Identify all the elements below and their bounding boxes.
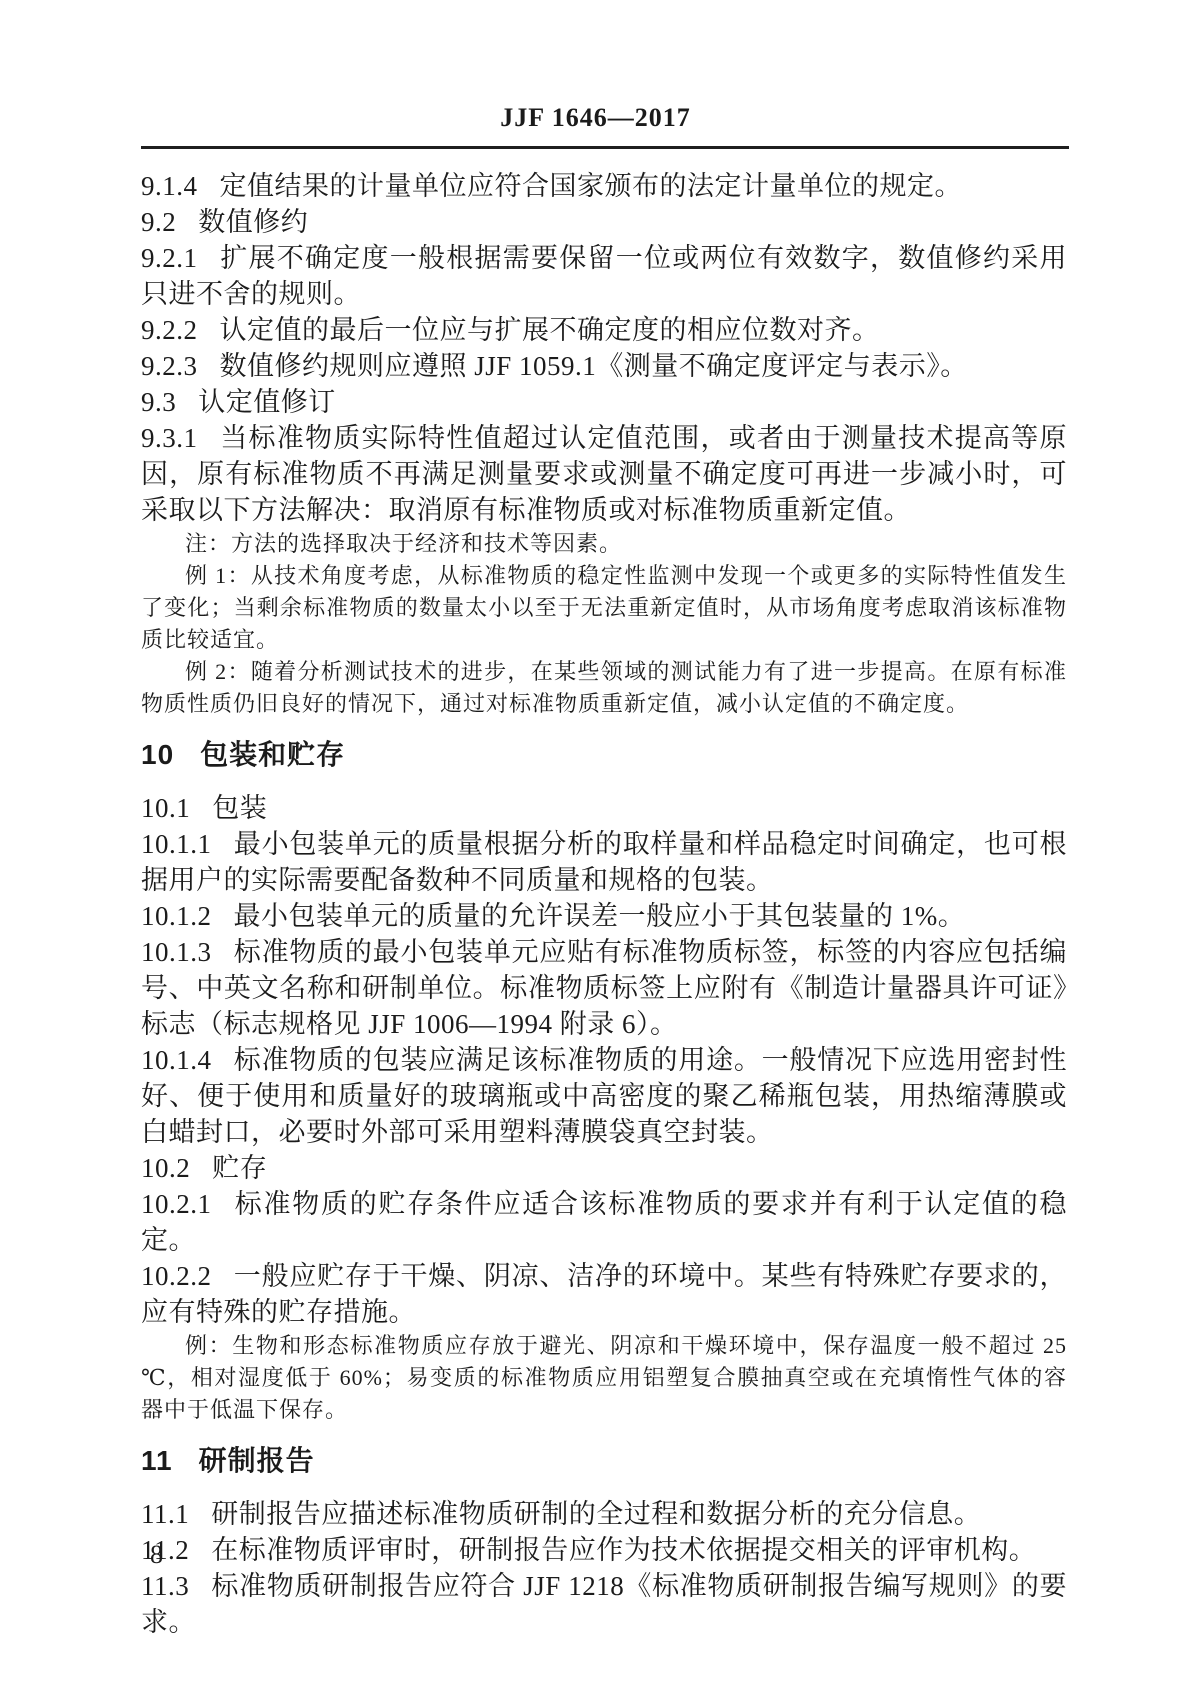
clause-text: 最小包装单元的质量的允许误差一般应小于其包装量的 1%。: [234, 901, 966, 931]
clause-paragraph: 10.1.3标准物质的最小包装单元应贴有标准物质标签，标签的内容应包括编号、中英…: [141, 934, 1067, 1042]
subsection-heading: 9.3认定值修订: [141, 384, 1067, 420]
header-doc-number: JJF 1646—2017: [500, 103, 690, 132]
note-paragraph: 例：生物和形态标准物质应存放于避光、阴凉和干燥环境中，保存温度一般不超过 25 …: [141, 1330, 1067, 1426]
clause-number: 10.2.2: [141, 1261, 212, 1291]
clause-number: 11.1: [141, 1499, 189, 1529]
clause-text: 定值结果的计量单位应符合国家颁布的法定计量单位的规定。: [220, 171, 963, 201]
clause-text: 扩展不确定度一般根据需要保留一位或两位有效数字，数值修约采用只进不舍的规则。: [141, 243, 1067, 309]
clause-number: 10.1.4: [141, 1045, 212, 1075]
clause-text: 贮存: [212, 1153, 267, 1183]
clause-text: 认定值修订: [198, 387, 336, 417]
document-page: JJF 1646—2017 9.1.4定值结果的计量单位应符合国家颁布的法定计量…: [0, 0, 1191, 1684]
clause-number: 9.2.1: [141, 243, 198, 273]
clause-number: 10.1.3: [141, 937, 212, 967]
clause-paragraph: 10.2.2一般应贮存于干燥、阴凉、洁净的环境中。某些有特殊贮存要求的，应有特殊…: [141, 1258, 1067, 1330]
clause-paragraph: 9.2.2认定值的最后一位应与扩展不确定度的相应位数对齐。: [141, 312, 1067, 348]
clause-number: 10.1: [141, 793, 190, 823]
note-paragraph: 例 2：随着分析测试技术的进步，在某些领域的测试能力有了进一步提高。在原有标准物…: [141, 656, 1067, 720]
clause-text: 研制报告应描述标准物质研制的全过程和数据分析的充分信息。: [211, 1499, 981, 1529]
subsection-heading: 10.2贮存: [141, 1150, 1067, 1186]
clause-text: 一般应贮存于干燥、阴凉、洁净的环境中。某些有特殊贮存要求的，应有特殊的贮存措施。: [141, 1261, 1067, 1327]
page-number: 8: [150, 1540, 163, 1570]
clause-number: 9.3: [141, 387, 176, 417]
clause-paragraph: 11.1研制报告应描述标准物质研制的全过程和数据分析的充分信息。: [141, 1496, 1067, 1532]
clause-paragraph: 10.1.4标准物质的包装应满足该标准物质的用途。一般情况下应选用密封性好、便于…: [141, 1042, 1067, 1150]
running-header: JJF 1646—2017: [0, 103, 1191, 133]
clause-number: 11.2: [141, 1535, 189, 1565]
subsection-heading: 10.1包装: [141, 790, 1067, 826]
clause-number: 9.2.3: [141, 351, 198, 381]
clause-text: 数值修约: [198, 207, 308, 237]
clause-number: 10.2.1: [141, 1189, 212, 1219]
clause-paragraph: 9.1.4定值结果的计量单位应符合国家颁布的法定计量单位的规定。: [141, 168, 1067, 204]
note-text: 例 1：从技术角度考虑，从标准物质的稳定性监测中发现一个或更多的实际特性值发生了…: [141, 563, 1067, 652]
clause-number: 10.2: [141, 1153, 190, 1183]
clause-number: 9.1.4: [141, 171, 198, 201]
clause-number: 11.3: [141, 1571, 189, 1601]
clause-text: 在标准物质评审时，研制报告应作为技术依据提交相关的评审机构。: [211, 1535, 1036, 1565]
clause-text: 研制报告: [199, 1445, 315, 1476]
clause-text: 最小包装单元的质量根据分析的取样量和样品稳定时间确定，也可根据用户的实际需要配备…: [141, 829, 1067, 895]
header-rule: [141, 146, 1069, 149]
note-text: 注：方法的选择取决于经济和技术等因素。: [185, 531, 622, 556]
clause-paragraph: 10.1.2最小包装单元的质量的允许误差一般应小于其包装量的 1%。: [141, 898, 1067, 934]
clause-text: 标准物质的贮存条件应适合该标准物质的要求并有利于认定值的稳定。: [141, 1189, 1067, 1255]
clause-text: 标准物质的最小包装单元应贴有标准物质标签，标签的内容应包括编号、中英文名称和研制…: [141, 937, 1067, 1039]
note-text: 例：生物和形态标准物质应存放于避光、阴凉和干燥环境中，保存温度一般不超过 25 …: [141, 1333, 1067, 1422]
note-paragraph: 注：方法的选择取决于经济和技术等因素。: [141, 528, 1067, 560]
clause-paragraph: 9.2.3数值修约规则应遵照 JJF 1059.1《测量不确定度评定与表示》。: [141, 348, 1067, 384]
clause-number: 9.2.2: [141, 315, 198, 345]
clause-paragraph: 10.2.1标准物质的贮存条件应适合该标准物质的要求并有利于认定值的稳定。: [141, 1186, 1067, 1258]
note-paragraph: 例 1：从技术角度考虑，从标准物质的稳定性监测中发现一个或更多的实际特性值发生了…: [141, 560, 1067, 656]
clause-paragraph: 11.2在标准物质评审时，研制报告应作为技术依据提交相关的评审机构。: [141, 1532, 1067, 1568]
document-body: 9.1.4定值结果的计量单位应符合国家颁布的法定计量单位的规定。9.2数值修约9…: [141, 168, 1067, 1640]
clause-text: 当标准物质实际特性值超过认定值范围，或者由于测量技术提高等原因，原有标准物质不再…: [141, 423, 1067, 525]
subsection-heading: 9.2数值修约: [141, 204, 1067, 240]
section-heading: 10包装和贮存: [141, 737, 1067, 773]
clause-paragraph: 11.3标准物质研制报告应符合 JJF 1218《标准物质研制报告编写规则》的要…: [141, 1568, 1067, 1640]
clause-text: 标准物质的包装应满足该标准物质的用途。一般情况下应选用密封性好、便于使用和质量好…: [141, 1045, 1067, 1147]
clause-number: 10.1.2: [141, 901, 212, 931]
clause-paragraph: 10.1.1最小包装单元的质量根据分析的取样量和样品稳定时间确定，也可根据用户的…: [141, 826, 1067, 898]
clause-text: 数值修约规则应遵照 JJF 1059.1《测量不确定度评定与表示》。: [220, 351, 968, 381]
clause-number: 10.1.1: [141, 829, 212, 859]
clause-paragraph: 9.3.1当标准物质实际特性值超过认定值范围，或者由于测量技术提高等原因，原有标…: [141, 420, 1067, 528]
clause-text: 包装: [212, 793, 267, 823]
note-text: 例 2：随着分析测试技术的进步，在某些领域的测试能力有了进一步提高。在原有标准物…: [141, 659, 1067, 716]
clause-number: 9.3.1: [141, 423, 198, 453]
clause-text: 标准物质研制报告应符合 JJF 1218《标准物质研制报告编写规则》的要求。: [141, 1571, 1067, 1637]
clause-text: 认定值的最后一位应与扩展不确定度的相应位数对齐。: [220, 315, 880, 345]
clause-paragraph: 9.2.1扩展不确定度一般根据需要保留一位或两位有效数字，数值修约采用只进不舍的…: [141, 240, 1067, 312]
clause-number: 9.2: [141, 207, 176, 237]
section-heading: 11研制报告: [141, 1443, 1067, 1479]
clause-number: 10: [141, 739, 174, 770]
clause-text: 包装和贮存: [200, 739, 345, 770]
clause-number: 11: [141, 1445, 173, 1476]
